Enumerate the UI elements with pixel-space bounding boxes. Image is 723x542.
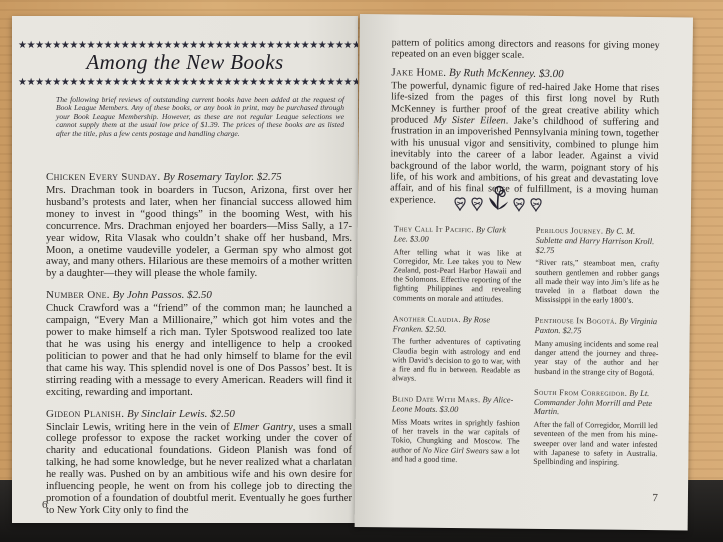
review-body: Chuck Crawford was a “friend” of the com… (46, 303, 352, 398)
review-heading: Number One. By John Passos. $2.50 (46, 289, 352, 302)
review-another-claudia: Another Claudia. By Rose Franken. $2.50.… (392, 314, 521, 384)
review-body: Miss Moats writes in sprightly fashion o… (391, 417, 519, 464)
book-author: By John Passos. (113, 289, 185, 301)
intro-paragraph: The following brief reviews of outstandi… (56, 96, 344, 139)
book-title: Blind Date With Mars. (392, 395, 481, 405)
review-gideon-planish: Gideon Planish. By Sinclair Lewis. $2.50… (46, 408, 352, 517)
large-flower-icon (487, 184, 509, 211)
small-flower-icon (453, 195, 467, 211)
review-heading: Gideon Planish. By Sinclair Lewis. $2.50 (46, 408, 352, 421)
review-body: “River rats,” steamboat men, crafty sout… (535, 258, 659, 305)
review-chicken-every-sunday: Chicken Every Sunday. By Rosemary Taylor… (46, 171, 352, 280)
book-title: Chicken Every Sunday. (46, 171, 160, 183)
book-price: $3.00 (410, 234, 429, 243)
star-border-bottom: ★★★★★★★★★★★★★★★★★★★★★★★★★★★★★★★★★★★★★★★★… (18, 77, 358, 89)
body-text: , uses a small college professor to expo… (46, 422, 352, 516)
book-price: $2.75 (535, 245, 554, 254)
book-price: $2.75 (563, 326, 582, 335)
review-heading: Chicken Every Sunday. By Rosemary Taylor… (46, 171, 352, 184)
review-heading: South From Corregidor. By Lt. Commander … (534, 388, 658, 419)
book-title: Another Claudia. (393, 314, 461, 324)
right-page: pattern of politics among directors and … (355, 14, 693, 530)
book-title: Jake Home. (391, 66, 446, 79)
book-author: By Rosemary Taylor. (163, 171, 254, 183)
book-title: Perilous Journey. (536, 226, 604, 236)
body-italic-title: My Sister Eileen (434, 115, 506, 127)
review-body: Many amusing incidents and some real dan… (534, 339, 658, 377)
review-they-call-it-pacific: They Call It Pacific. By Clark Lee. $3.0… (393, 224, 522, 303)
book-author: By Sinclair Lewis. (127, 408, 207, 420)
small-flower-icon (529, 196, 543, 212)
review-blind-date-with-mars: Blind Date With Mars. By Alice-Leone Moa… (391, 395, 520, 465)
book-price: $2.50 (210, 408, 235, 420)
review-body: The further adventures of captivating Cl… (392, 337, 520, 384)
left-reviews: Chicken Every Sunday. By Rosemary Taylor… (46, 171, 352, 526)
body-italic-title: Elmer Gantry (233, 422, 292, 433)
review-body: After telling what it was like at Correg… (393, 247, 522, 304)
page-title: Among the New Books (12, 50, 358, 75)
right-column-a: They Call It Pacific. By Clark Lee. $3.0… (391, 224, 522, 476)
book-price: $3.00 (440, 405, 459, 414)
small-flower-icon (470, 195, 484, 211)
review-heading: Blind Date With Mars. By Alice-Leone Moa… (392, 395, 520, 416)
review-number-one: Number One. By John Passos. $2.50 Chuck … (46, 289, 352, 398)
review-heading: Another Claudia. By Rose Franken. $2.50. (393, 314, 521, 335)
right-column-b: Perilous Journey. By C. M. Sublette and … (533, 226, 660, 480)
page-number-left: 6 (42, 499, 48, 511)
review-body: After the fall of Corregidor, Morrill le… (533, 420, 657, 467)
page-number-right: 7 (652, 492, 658, 504)
review-body: Mrs. Drachman took in boarders in Tucson… (46, 185, 352, 280)
small-flower-icon (512, 196, 526, 212)
review-heading: Penthouse In Bogotá. By Virginia Paxton.… (535, 316, 659, 337)
book-price: $2.50. (425, 324, 446, 333)
book-price: $2.75 (257, 171, 282, 183)
review-perilous-journey: Perilous Journey. By C. M. Sublette and … (535, 226, 660, 306)
book-title: They Call It Pacific. (394, 224, 474, 234)
body-text: Sinclair Lewis, writing here in the vein… (46, 422, 233, 433)
book-title: South From Corregidor. (534, 388, 627, 398)
continued-text: pattern of politics among directors and … (392, 37, 660, 63)
review-south-from-corregidor: South From Corregidor. By Lt. Commander … (533, 388, 658, 468)
review-penthouse-in-bogota: Penthouse In Bogotá. By Virginia Paxton.… (534, 316, 659, 377)
book-price: $3.00 (539, 68, 564, 80)
body-italic-title: No Nice Girl Swears (423, 445, 489, 455)
book-title: Gideon Planish. (46, 408, 124, 420)
review-heading: Perilous Journey. By C. M. Sublette and … (535, 226, 659, 257)
left-page: ★★★★★★★★★★★★★★★★★★★★★★★★★★★★★★★★★★★★★★★★… (12, 16, 358, 523)
book-author: By Ruth McKenney. (449, 67, 536, 80)
floral-ornament-icon (453, 183, 543, 212)
book-title: Number One. (46, 289, 110, 301)
book-title: Penthouse In Bogotá. (535, 316, 617, 326)
review-body: Sinclair Lewis, writing here in the vein… (46, 422, 352, 517)
book-price: $2.50 (187, 289, 212, 301)
review-heading: They Call It Pacific. By Clark Lee. $3.0… (394, 224, 522, 245)
